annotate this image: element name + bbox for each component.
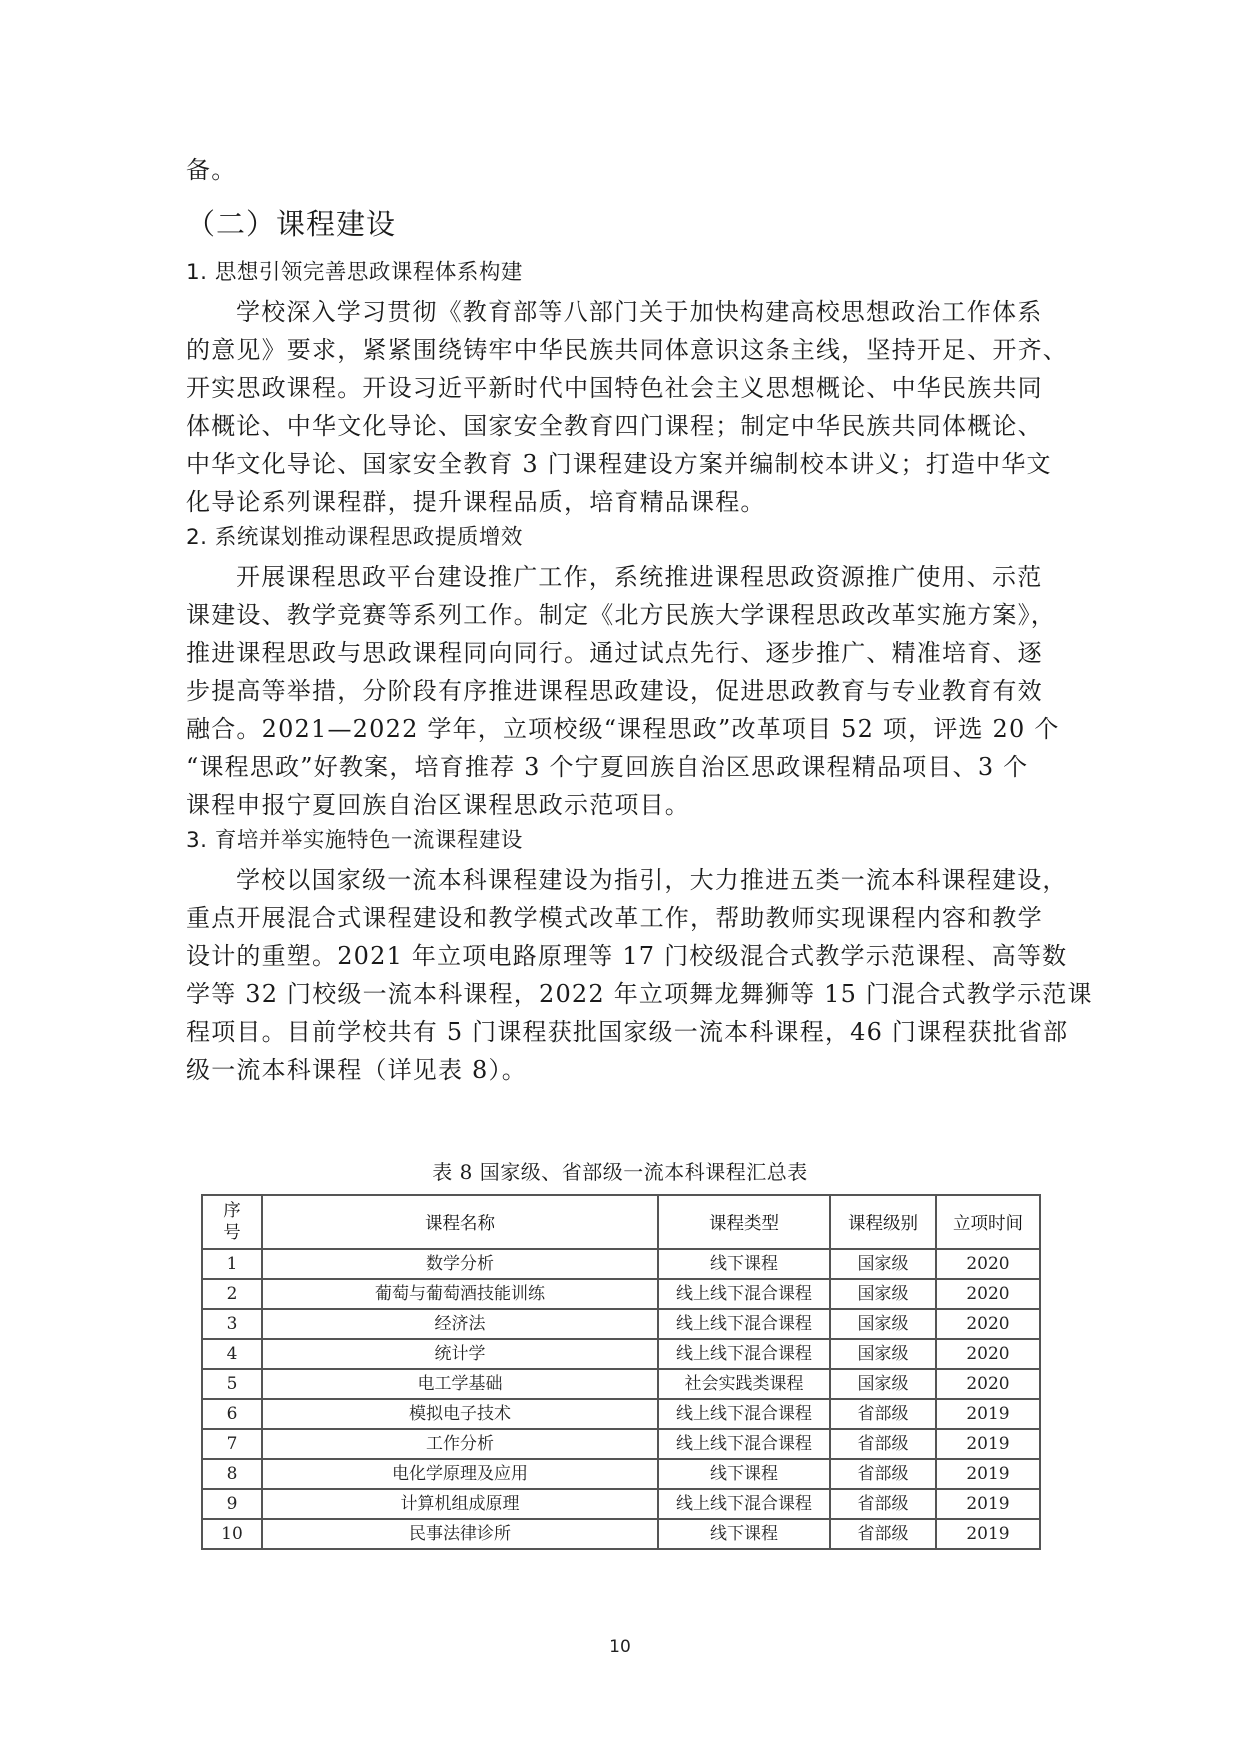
cell-seq: 8 — [202, 1459, 262, 1489]
paragraph-line: 级一流本科课程（详见表 8）。 — [186, 1050, 527, 1090]
paragraph-line: 开实思政课程。开设习近平新时代中国特色社会主义思想概论、中华民族共同 — [186, 368, 1043, 408]
cell-name: 工作分析 — [262, 1429, 658, 1459]
cell-level: 国家级 — [830, 1249, 936, 1279]
cell-name: 统计学 — [262, 1339, 658, 1369]
cell-name: 数学分析 — [262, 1249, 658, 1279]
cell-seq: 2 — [202, 1279, 262, 1309]
header-seq: 序 号 — [202, 1195, 262, 1249]
paragraph-line: 融合。2021—2022 学年，立项校级“课程思政”改革项目 52 项，评选 2… — [186, 709, 1060, 749]
cell-type: 社会实践类课程 — [658, 1369, 830, 1399]
table-caption: 表 8 国家级、省部级一流本科课程汇总表 — [0, 1156, 1240, 1188]
cell-level: 国家级 — [830, 1339, 936, 1369]
cell-year: 2020 — [936, 1279, 1040, 1309]
paragraph-line: 学校以国家级一流本科课程建设为指引，大力推进五类一流本科课程建设， — [186, 860, 1068, 900]
table-row: 5 电工学基础 社会实践类课程 国家级 2020 — [202, 1369, 1040, 1399]
cell-name: 模拟电子技术 — [262, 1399, 658, 1429]
cell-type: 线下课程 — [658, 1459, 830, 1489]
table-row: 8 电化学原理及应用 线下课程 省部级 2019 — [202, 1459, 1040, 1489]
cell-name: 计算机组成原理 — [262, 1489, 658, 1519]
cell-level: 国家级 — [830, 1279, 936, 1309]
table-row: 10 民事法律诊所 线下课程 省部级 2019 — [202, 1519, 1040, 1549]
cell-level: 省部级 — [830, 1489, 936, 1519]
cell-seq: 6 — [202, 1399, 262, 1429]
cell-type: 线上线下混合课程 — [658, 1399, 830, 1429]
cell-seq: 7 — [202, 1429, 262, 1459]
subsection-3-heading: 3. 育培并举实施特色一流课程建设 — [186, 823, 523, 859]
table-row: 3 经济法 线上线下混合课程 国家级 2020 — [202, 1309, 1040, 1339]
cell-level: 省部级 — [830, 1429, 936, 1459]
cell-level: 省部级 — [830, 1399, 936, 1429]
paragraph-line: 学等 32 门校级一流本科课程，2022 年立项舞龙舞狮等 15 门混合式教学示… — [186, 974, 1093, 1014]
subsection-2-heading: 2. 系统谋划推动课程思政提质增效 — [186, 520, 523, 556]
cell-seq: 9 — [202, 1489, 262, 1519]
cell-name: 民事法律诊所 — [262, 1519, 658, 1549]
cell-type: 线上线下混合课程 — [658, 1279, 830, 1309]
table-row: 6 模拟电子技术 线上线下混合课程 省部级 2019 — [202, 1399, 1040, 1429]
header-course-name: 课程名称 — [262, 1195, 658, 1249]
table-row: 4 统计学 线上线下混合课程 国家级 2020 — [202, 1339, 1040, 1369]
header-course-level: 课程级别 — [830, 1195, 936, 1249]
cell-seq: 3 — [202, 1309, 262, 1339]
table-row: 1 数学分析 线下课程 国家级 2020 — [202, 1249, 1040, 1279]
header-approval-year: 立项时间 — [936, 1195, 1040, 1249]
section-heading: （二）课程建设 — [186, 204, 396, 244]
cell-seq: 10 — [202, 1519, 262, 1549]
paragraph-line: 的意见》要求，紧紧围绕铸牢中华民族共同体意识这条主线，坚持开足、开齐、 — [186, 330, 1068, 370]
cell-year: 2020 — [936, 1339, 1040, 1369]
cell-level: 国家级 — [830, 1369, 936, 1399]
cell-type: 线上线下混合课程 — [658, 1429, 830, 1459]
cell-year: 2020 — [936, 1369, 1040, 1399]
cell-year: 2020 — [936, 1309, 1040, 1339]
cell-year: 2019 — [936, 1459, 1040, 1489]
paragraph-line: 程项目。目前学校共有 5 门课程获批国家级一流本科课程，46 门课程获批省部 — [186, 1012, 1068, 1052]
paragraph-line: 中华文化导论、国家安全教育 3 门课程建设方案并编制校本讲义；打造中华文 — [186, 444, 1052, 484]
page-number: 10 — [0, 1637, 1240, 1657]
subsection-1-heading: 1. 思想引领完善思政课程体系构建 — [186, 255, 523, 291]
table-row: 2 葡萄与葡萄酒技能训练 线上线下混合课程 国家级 2020 — [202, 1279, 1040, 1309]
cell-type: 线下课程 — [658, 1249, 830, 1279]
paragraph-line: 开展课程思政平台建设推广工作，系统推进课程思政资源推广使用、示范 — [186, 557, 1042, 597]
cell-seq: 5 — [202, 1369, 262, 1399]
cell-level: 省部级 — [830, 1459, 936, 1489]
cell-year: 2019 — [936, 1489, 1040, 1519]
cell-year: 2019 — [936, 1519, 1040, 1549]
paragraph-line: 体概论、中华文化导论、国家安全教育四门课程；制定中华民族共同体概论、 — [186, 406, 1043, 446]
cell-type: 线上线下混合课程 — [658, 1489, 830, 1519]
table-row: 9 计算机组成原理 线上线下混合课程 省部级 2019 — [202, 1489, 1040, 1519]
paragraph-line: 推进课程思政与思政课程同向同行。通过试点先行、逐步推广、精准培育、逐 — [186, 633, 1043, 673]
cell-year: 2020 — [936, 1249, 1040, 1279]
cell-name: 经济法 — [262, 1309, 658, 1339]
cell-name: 电工学基础 — [262, 1369, 658, 1399]
header-seq-line1: 序 — [203, 1200, 261, 1222]
cell-type: 线下课程 — [658, 1519, 830, 1549]
cell-year: 2019 — [936, 1429, 1040, 1459]
paragraph-line: “课程思政”好教案，培育推荐 3 个宁夏回族自治区思政课程精品项目、3 个 — [186, 747, 1028, 787]
document-page: 备。 （二）课程建设 1. 思想引领完善思政课程体系构建 学校深入学习贯彻《教育… — [0, 0, 1240, 1753]
header-course-type: 课程类型 — [658, 1195, 830, 1249]
paragraph-line: 重点开展混合式课程建设和教学模式改革工作，帮助教师实现课程内容和教学 — [186, 898, 1043, 938]
paragraph-line: 化导论系列课程群，提升课程品质，培育精品课程。 — [186, 482, 766, 522]
table-header-row: 序 号 课程名称 课程类型 课程级别 立项时间 — [202, 1195, 1040, 1249]
cell-name: 电化学原理及应用 — [262, 1459, 658, 1489]
cell-level: 国家级 — [830, 1309, 936, 1339]
intro-tail-text: 备。 — [186, 150, 236, 190]
cell-seq: 4 — [202, 1339, 262, 1369]
paragraph-line: 设计的重塑。2021 年立项电路原理等 17 门校级混合式教学示范课程、高等数 — [186, 936, 1067, 976]
header-seq-line2: 号 — [203, 1222, 261, 1244]
cell-level: 省部级 — [830, 1519, 936, 1549]
cell-year: 2019 — [936, 1399, 1040, 1429]
course-summary-table: 序 号 课程名称 课程类型 课程级别 立项时间 1 数学分析 线下课程 国家级 … — [201, 1194, 1041, 1550]
paragraph-line: 课程申报宁夏回族自治区课程思政示范项目。 — [186, 785, 690, 825]
cell-seq: 1 — [202, 1249, 262, 1279]
paragraph-line: 步提高等举措，分阶段有序推进课程思政建设，促进思政教育与专业教育有效 — [186, 671, 1043, 711]
cell-type: 线上线下混合课程 — [658, 1309, 830, 1339]
table-row: 7 工作分析 线上线下混合课程 省部级 2019 — [202, 1429, 1040, 1459]
paragraph-line: 课建设、教学竞赛等系列工作。制定《北方民族大学课程思政改革实施方案》， — [186, 595, 1056, 635]
cell-type: 线上线下混合课程 — [658, 1339, 830, 1369]
paragraph-line: 学校深入学习贯彻《教育部等八部门关于加快构建高校思想政治工作体系 — [186, 292, 1042, 332]
cell-name: 葡萄与葡萄酒技能训练 — [262, 1279, 658, 1309]
